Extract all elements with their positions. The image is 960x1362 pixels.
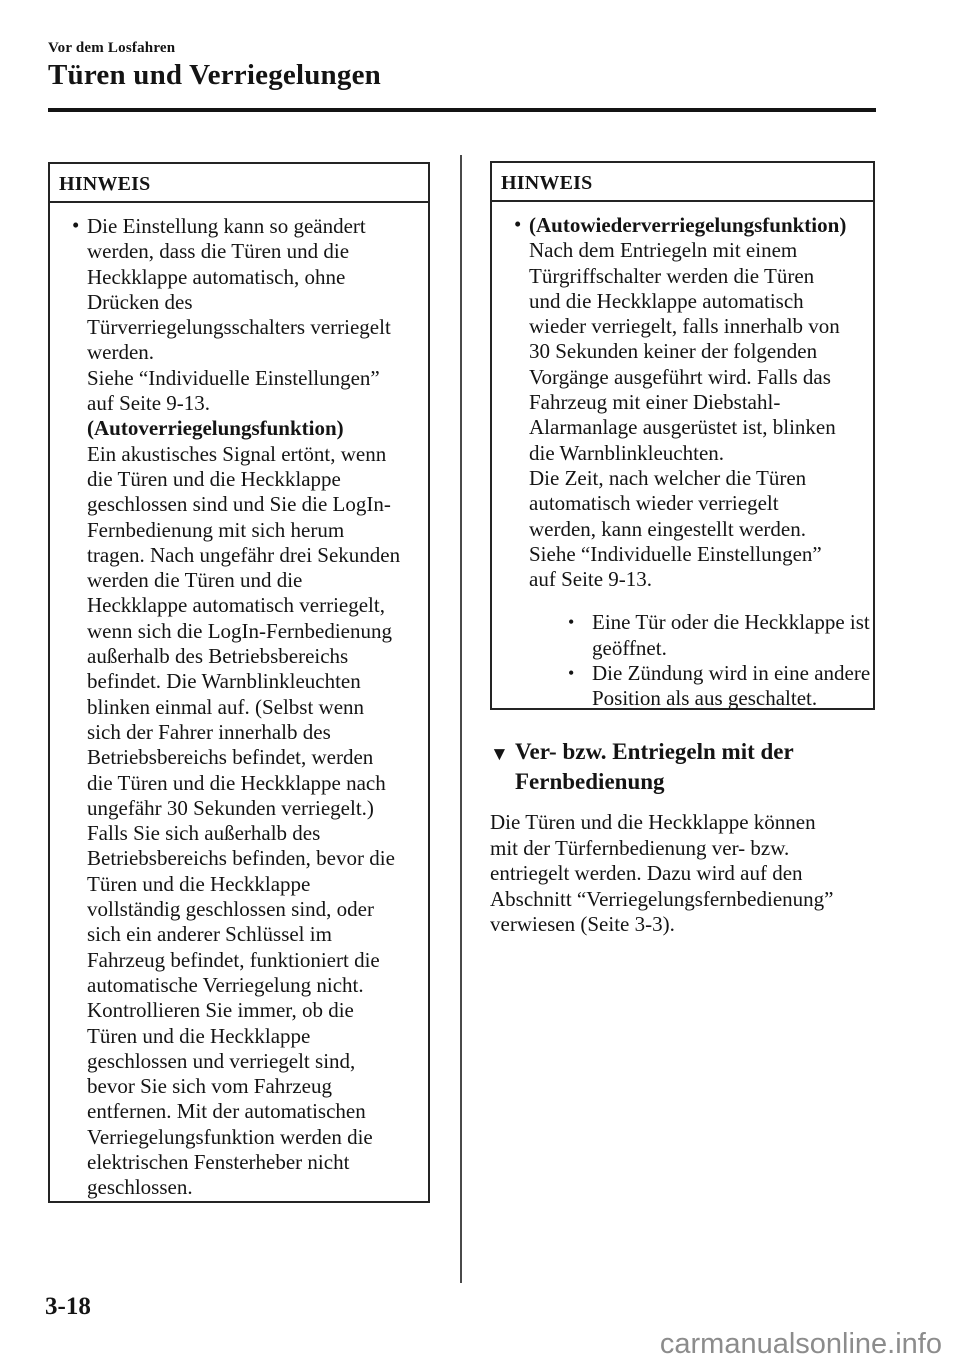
hinweis-box-left: HINWEIS • Die Einstellung kann so geände… <box>48 162 430 1203</box>
manual-page: Vor dem Losfahren Türen und Verriegelung… <box>0 0 960 1362</box>
column-divider <box>460 155 462 1283</box>
bullet-icon: • <box>568 661 574 686</box>
hinweis-left-title: HINWEIS <box>50 164 428 203</box>
chapter-kicker: Vor dem Losfahren <box>48 40 175 57</box>
hinweis-left-bullet-item: • Die Einstellung kann so geändert werde… <box>50 214 428 1201</box>
hinweis-right-subbullets: • Eine Tür oder die Heckklappe ist geöff… <box>529 610 873 711</box>
hinweis-right-body: • (Autowiederverriegelungsfunktion) Nach… <box>492 202 873 712</box>
hinweis-right-title: HINWEIS <box>492 163 873 202</box>
triangle-marker-icon: ▼ <box>490 740 509 770</box>
hinweis-left-text-2: Ein akustisches Signal ertönt, wenn die … <box>87 442 428 1201</box>
subbullet-text: Die Zündung wird in eine andere Position… <box>592 661 873 712</box>
hinweis-left-subheading: (Autoverriegelungsfunktion) <box>87 416 428 441</box>
hinweis-left-text-1: Die Einstellung kann so geändert werden,… <box>87 214 428 416</box>
page-number: 3-18 <box>45 1293 91 1321</box>
hinweis-left-body: • Die Einstellung kann so geändert werde… <box>50 203 428 1201</box>
header-rule <box>48 108 876 112</box>
list-item: • Die Zündung wird in eine andere Positi… <box>529 661 873 712</box>
bullet-icon: • <box>514 212 521 237</box>
watermark: carmanualsonline.info <box>660 1328 942 1361</box>
section-title: Ver- bzw. Entriegeln mit der Fernbedienu… <box>515 737 935 797</box>
bullet-icon: • <box>72 213 79 238</box>
subbullet-text: Eine Tür oder die Heckklappe ist geöffne… <box>592 610 873 661</box>
page-title: Türen und Verriegelungen <box>48 59 381 92</box>
section-heading: ▼ Ver- bzw. Entriegeln mit der Fernbedie… <box>490 737 935 797</box>
list-item: • Eine Tür oder die Heckklappe ist geöff… <box>529 610 873 661</box>
bullet-icon: • <box>568 610 574 635</box>
section-body: Die Türen und die Heckklappe können mit … <box>490 810 930 938</box>
hinweis-box-right: HINWEIS • (Autowiederverriegelungsfunkti… <box>490 161 875 710</box>
hinweis-right-bullet-item: • (Autowiederverriegelungsfunktion) Nach… <box>492 213 873 712</box>
hinweis-right-text: Nach dem Entriegeln mit einem Türgriffsc… <box>529 238 873 592</box>
hinweis-right-subheading: (Autowiederverriegelungsfunktion) <box>529 213 873 238</box>
